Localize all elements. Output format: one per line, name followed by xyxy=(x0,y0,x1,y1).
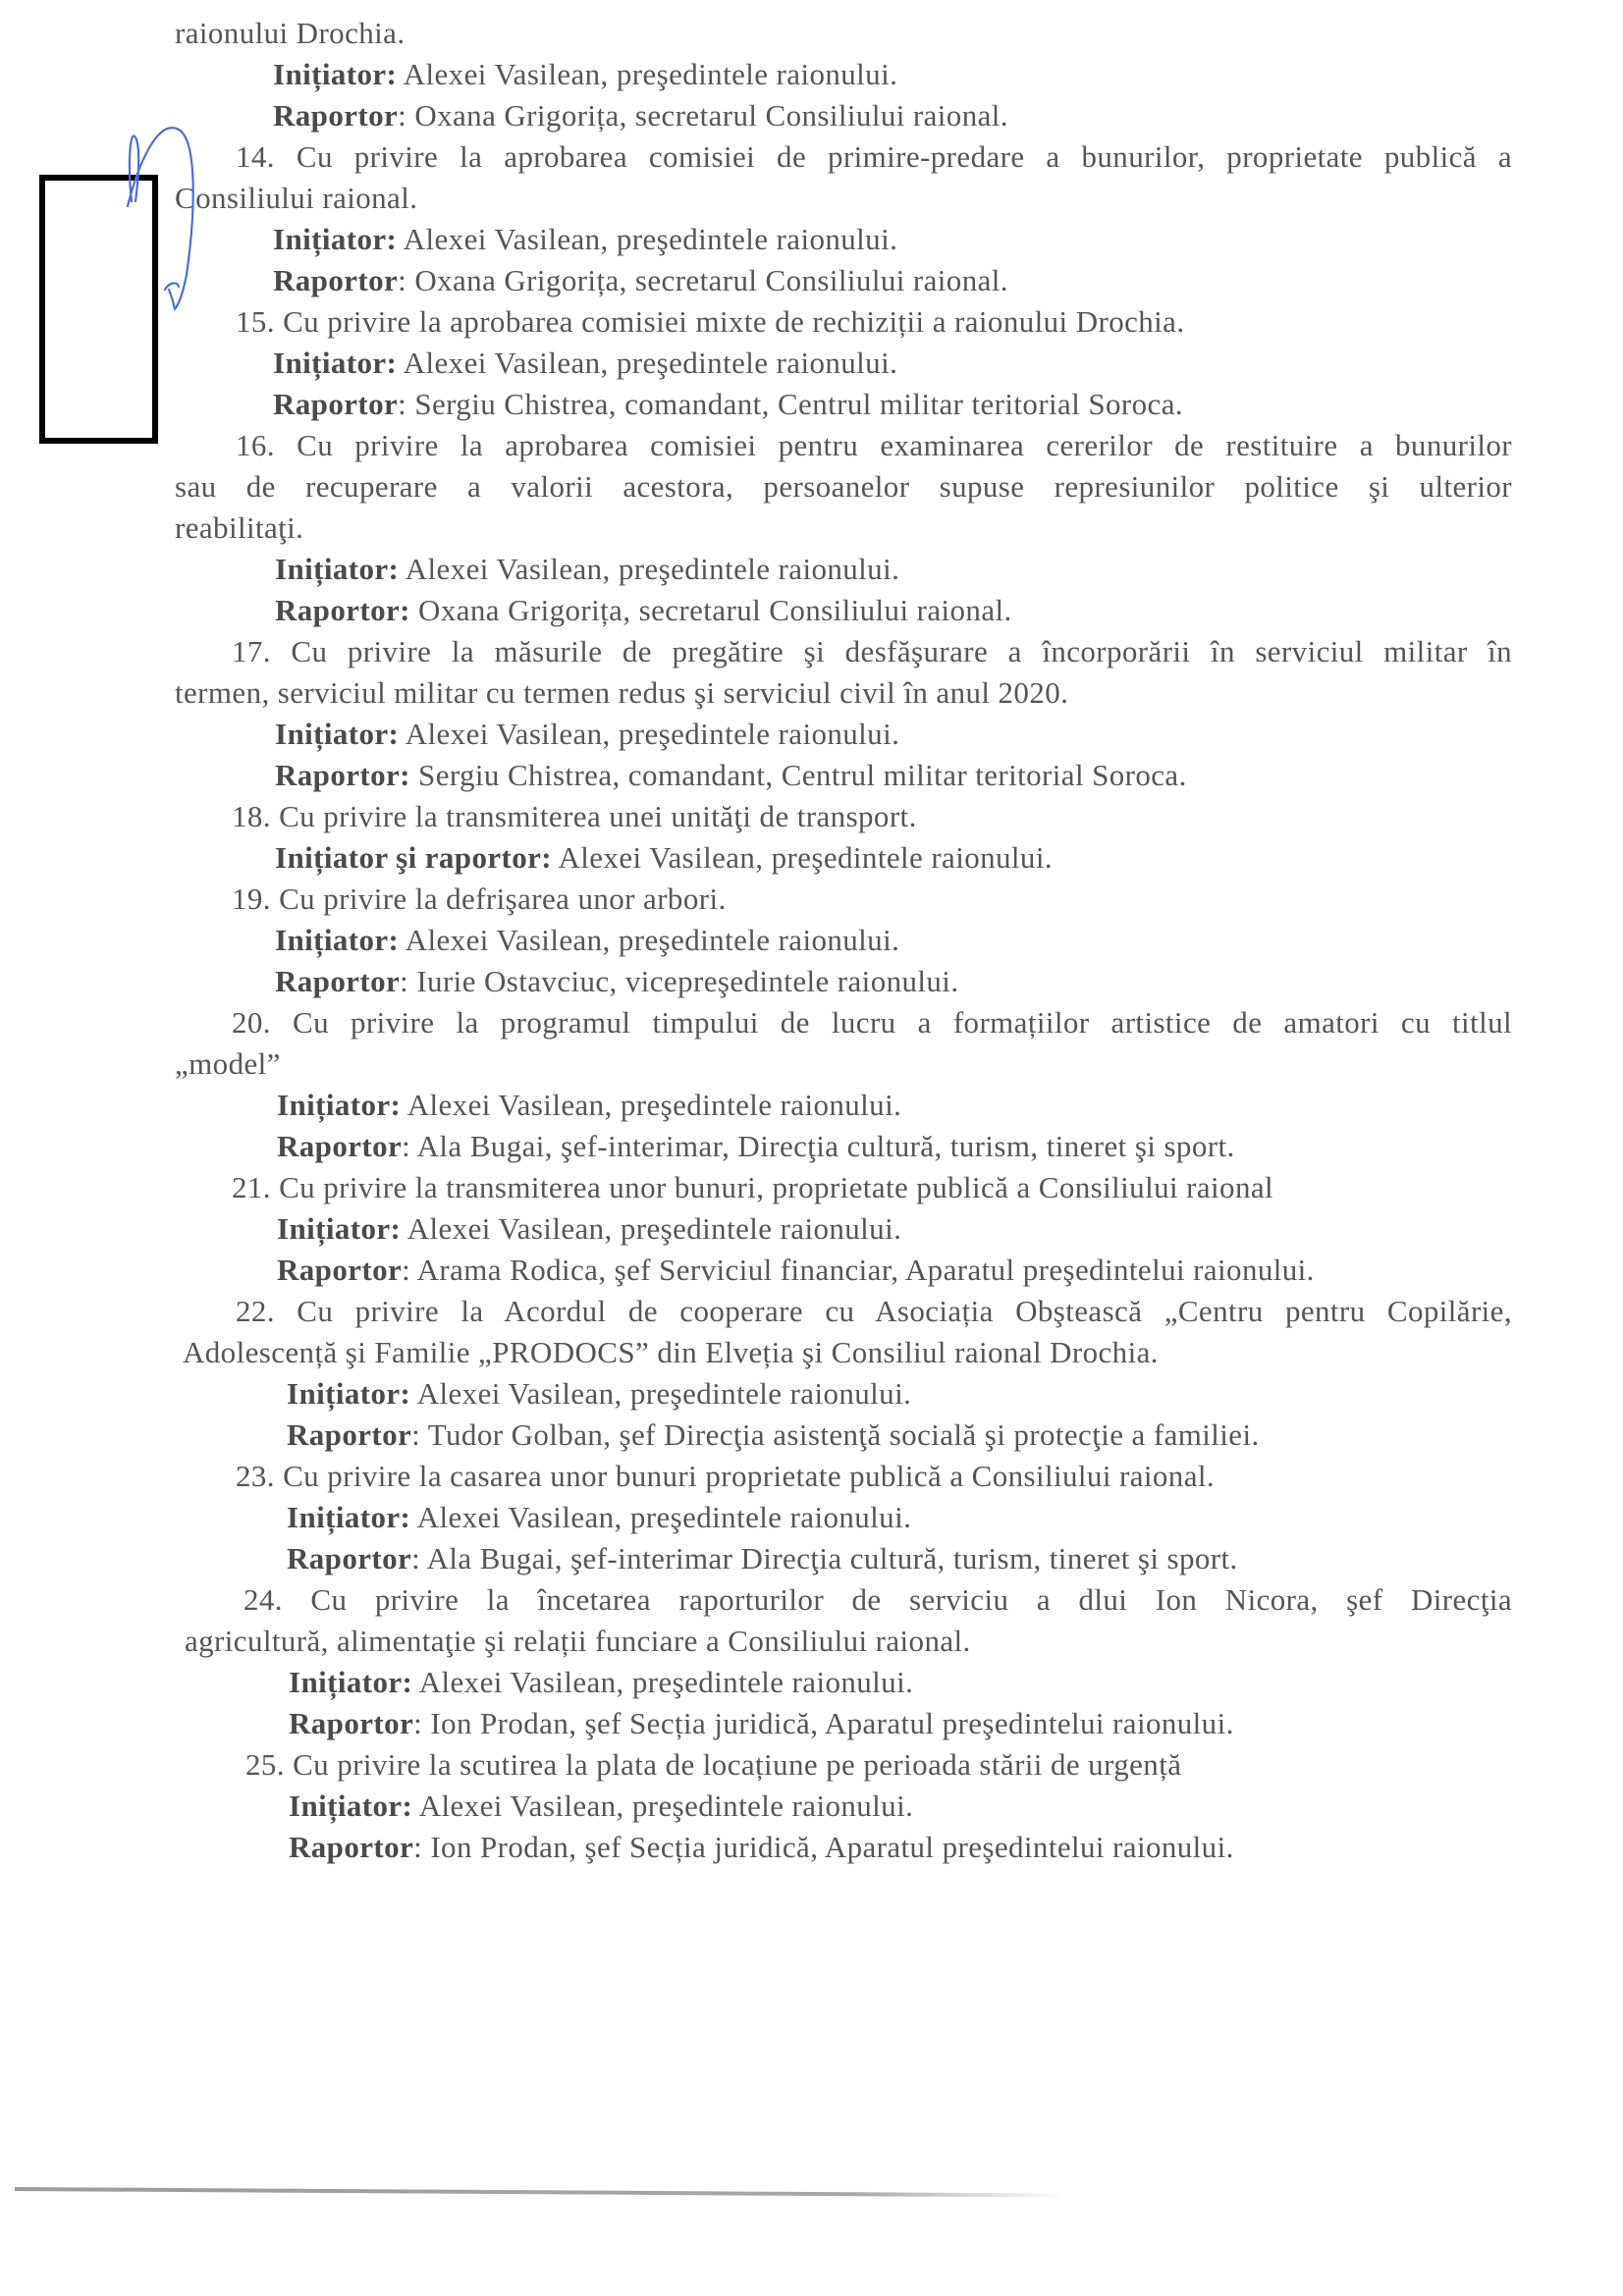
line-text: Alexei Vasilean, preşedintele raionului. xyxy=(399,552,899,586)
line-text: 18. Cu privire la transmiterea unei unit… xyxy=(232,799,917,833)
line-text: : Iurie Ostavciuc, vicepreşedintele raio… xyxy=(400,964,958,998)
line-text: 19. Cu privire la defrişarea unor arbori… xyxy=(232,881,727,916)
agenda-role-line: Inițiator: Alexei Vasilean, preşedintele… xyxy=(275,717,899,752)
line-text: 25. Cu privire la scutirea la plata de l… xyxy=(245,1747,1181,1782)
agenda-item-line: sau de recuperare a valorii acestora, pe… xyxy=(175,469,1512,505)
agenda-role-line: Inițiator şi raportor: Alexei Vasilean, … xyxy=(275,840,1053,876)
line-text: Alexei Vasilean, preşedintele raionului. xyxy=(410,1376,911,1411)
role-label: Inițiator: xyxy=(287,1376,410,1411)
line-text: : Tudor Golban, şef Direcţia asistenţă s… xyxy=(411,1417,1259,1452)
agenda-role-line: Inițiator: Alexei Vasilean, preşedintele… xyxy=(289,1665,913,1700)
role-label: Raportor xyxy=(287,1417,411,1452)
line-text: : Sergiu Chistrea, comandant, Centrul mi… xyxy=(398,387,1183,421)
handwritten-signature-icon xyxy=(118,108,206,324)
line-text: : Arama Rodica, şef Serviciul financiar,… xyxy=(402,1253,1315,1287)
agenda-item-line: 23. Cu privire la casarea unor bunuri pr… xyxy=(236,1459,1215,1494)
agenda-item-line: raionului Drochia. xyxy=(175,16,405,51)
line-text: : Ion Prodan, şef Secția juridică, Apara… xyxy=(413,1830,1234,1864)
role-label: Inițiator şi raportor: xyxy=(275,840,552,875)
agenda-role-line: Inițiator: Alexei Vasilean, preşedintele… xyxy=(277,1088,901,1123)
line-text: 22. Cu privire la Acordul de cooperare c… xyxy=(236,1294,1512,1328)
agenda-role-line: Raportor: Ala Bugai, şef-interimar Direc… xyxy=(287,1541,1238,1576)
role-label: Inițiator: xyxy=(273,346,397,380)
agenda-role-line: Inițiator: Alexei Vasilean, preşedintele… xyxy=(289,1789,913,1824)
role-label: Inițiator: xyxy=(273,57,397,91)
role-label: Raportor xyxy=(277,1129,402,1163)
line-text: sau de recuperare a valorii acestora, pe… xyxy=(175,469,1512,504)
agenda-role-line: Raportor: Ala Bugai, şef-interimar, Dire… xyxy=(277,1129,1235,1164)
line-text: Sergiu Chistrea, comandant, Centrul mili… xyxy=(410,758,1187,792)
line-text: „model” xyxy=(175,1046,281,1081)
line-text: 24. Cu privire la încetarea raporturilor… xyxy=(243,1582,1512,1617)
role-label: Raportor xyxy=(273,98,398,133)
role-label: Inițiator: xyxy=(273,222,397,256)
agenda-role-line: Raportor: Sergiu Chistrea, comandant, Ce… xyxy=(275,758,1187,793)
role-label: Raportor: xyxy=(275,758,410,792)
role-label: Raportor: xyxy=(275,593,410,627)
agenda-item-line: 18. Cu privire la transmiterea unei unit… xyxy=(232,799,917,834)
agenda-role-line: Inițiator: Alexei Vasilean, preşedintele… xyxy=(277,1211,901,1247)
role-label: Inițiator: xyxy=(289,1665,412,1699)
line-text: Consiliului raional. xyxy=(175,181,417,215)
line-text: reabilitaţi. xyxy=(175,510,303,545)
agenda-item-line: 20. Cu privire la programul timpului de … xyxy=(232,1005,1512,1041)
agenda-item-line: „model” xyxy=(175,1046,281,1082)
line-text: 20. Cu privire la programul timpului de … xyxy=(232,1005,1512,1040)
line-text: : Oxana Grigorița, secretarul Consiliulu… xyxy=(398,263,1008,297)
agenda-role-line: Raportor: Iurie Ostavciuc, vicepreşedint… xyxy=(275,964,958,999)
agenda-item-line: 15. Cu privire la aprobarea comisiei mix… xyxy=(236,304,1185,340)
agenda-item-line: Adolescență şi Familie „PRODOCS” din Elv… xyxy=(183,1335,1159,1370)
role-label: Inițiator: xyxy=(287,1500,410,1534)
agenda-item-line: 14. Cu privire la aprobarea comisiei de … xyxy=(236,139,1512,175)
role-label: Raportor xyxy=(273,387,398,421)
role-label: Inițiator: xyxy=(275,717,399,751)
agenda-role-line: Inițiator: Alexei Vasilean, preşedintele… xyxy=(275,923,899,958)
line-text: 14. Cu privire la aprobarea comisiei de … xyxy=(236,139,1512,174)
role-label: Inițiator: xyxy=(277,1088,401,1122)
role-label: Raportor xyxy=(289,1830,413,1864)
line-text: 16. Cu privire la aprobarea comisiei pen… xyxy=(236,428,1512,462)
agenda-role-line: Inițiator: Alexei Vasilean, preşedintele… xyxy=(273,57,897,92)
agenda-item-line: Consiliului raional. xyxy=(175,181,417,216)
line-text: agricultură, alimentaţie şi relații func… xyxy=(185,1624,971,1658)
footer-divider xyxy=(15,2187,1065,2198)
agenda-role-line: Raportor: Tudor Golban, şef Direcţia asi… xyxy=(287,1417,1260,1453)
agenda-role-line: Inițiator: Alexei Vasilean, preşedintele… xyxy=(287,1376,911,1412)
line-text: Oxana Grigorița, secretarul Consiliului … xyxy=(410,593,1012,627)
role-label: Raportor xyxy=(289,1706,413,1740)
agenda-role-line: Inițiator: Alexei Vasilean, preşedintele… xyxy=(273,222,897,257)
agenda-item-line: agricultură, alimentaţie şi relații func… xyxy=(185,1624,971,1659)
line-text: Alexei Vasilean, preşedintele raionului. xyxy=(399,717,899,751)
agenda-item-line: 19. Cu privire la defrişarea unor arbori… xyxy=(232,881,727,917)
line-text: Adolescență şi Familie „PRODOCS” din Elv… xyxy=(183,1335,1159,1369)
line-text: Alexei Vasilean, preşedintele raionului. xyxy=(401,1211,901,1246)
role-label: Raportor xyxy=(273,263,398,297)
agenda-role-line: Inițiator: Alexei Vasilean, preşedintele… xyxy=(287,1500,911,1535)
agenda-role-line: Raportor: Ion Prodan, şef Secția juridic… xyxy=(289,1830,1234,1865)
agenda-item-line: termen, serviciul militar cu termen redu… xyxy=(175,675,1068,711)
role-label: Raportor xyxy=(277,1253,402,1287)
line-text: Alexei Vasilean, preşedintele raionului. xyxy=(399,923,899,957)
role-label: Raportor xyxy=(275,964,400,998)
line-text: termen, serviciul militar cu termen redu… xyxy=(175,675,1068,710)
line-text: Alexei Vasilean, preşedintele raionului. xyxy=(397,57,897,91)
role-label: Inițiator: xyxy=(277,1211,401,1246)
line-text: : Ala Bugai, şef-interimar Direcţia cult… xyxy=(411,1541,1238,1575)
agenda-role-line: Raportor: Oxana Grigorița, secretarul Co… xyxy=(275,593,1012,628)
line-text: : Ala Bugai, şef-interimar, Direcţia cul… xyxy=(402,1129,1234,1163)
agenda-item-line: reabilitaţi. xyxy=(175,510,303,546)
role-label: Inițiator: xyxy=(275,923,399,957)
agenda-role-line: Raportor: Ion Prodan, şef Secția juridic… xyxy=(289,1706,1234,1741)
role-label: Inițiator: xyxy=(289,1789,412,1823)
agenda-role-line: Raportor: Oxana Grigorița, secretarul Co… xyxy=(273,98,1008,133)
agenda-item-line: 16. Cu privire la aprobarea comisiei pen… xyxy=(236,428,1512,463)
agenda-item-line: 22. Cu privire la Acordul de cooperare c… xyxy=(236,1294,1512,1329)
line-text: Alexei Vasilean, preşedintele raionului. xyxy=(552,840,1053,875)
role-label: Inițiator: xyxy=(275,552,399,586)
line-text: Alexei Vasilean, preşedintele raionului. xyxy=(397,346,897,380)
line-text: 21. Cu privire la transmiterea unor bunu… xyxy=(232,1170,1273,1204)
line-text: 17. Cu privire la măsurile de pregătire … xyxy=(232,634,1512,668)
line-text: : Ion Prodan, şef Secția juridică, Apara… xyxy=(413,1706,1234,1740)
agenda-item-line: 21. Cu privire la transmiterea unor bunu… xyxy=(232,1170,1273,1205)
line-text: Alexei Vasilean, preşedintele raionului. xyxy=(397,222,897,256)
line-text: raionului Drochia. xyxy=(175,16,405,50)
agenda-role-line: Inițiator: Alexei Vasilean, preşedintele… xyxy=(275,552,899,587)
agenda-role-line: Raportor: Sergiu Chistrea, comandant, Ce… xyxy=(273,387,1183,422)
agenda-item-line: 24. Cu privire la încetarea raporturilor… xyxy=(243,1582,1512,1618)
line-text: : Oxana Grigorița, secretarul Consiliulu… xyxy=(398,98,1008,133)
agenda-role-line: Inițiator: Alexei Vasilean, preşedintele… xyxy=(273,346,897,381)
line-text: 15. Cu privire la aprobarea comisiei mix… xyxy=(236,304,1185,339)
agenda-item-line: 25. Cu privire la scutirea la plata de l… xyxy=(245,1747,1181,1783)
role-label: Raportor xyxy=(287,1541,411,1575)
line-text: Alexei Vasilean, preşedintele raionului. xyxy=(412,1665,913,1699)
line-text: Alexei Vasilean, preşedintele raionului. xyxy=(412,1789,913,1823)
line-text: Alexei Vasilean, preşedintele raionului. xyxy=(401,1088,901,1122)
agenda-role-line: Raportor: Arama Rodica, şef Serviciul fi… xyxy=(277,1253,1315,1288)
line-text: Alexei Vasilean, preşedintele raionului. xyxy=(410,1500,911,1534)
agenda-role-line: Raportor: Oxana Grigorița, secretarul Co… xyxy=(273,263,1008,298)
agenda-item-line: 17. Cu privire la măsurile de pregătire … xyxy=(232,634,1512,669)
document-page: raionului Drochia.Inițiator: Alexei Vasi… xyxy=(0,0,1623,2296)
line-text: 23. Cu privire la casarea unor bunuri pr… xyxy=(236,1459,1215,1493)
